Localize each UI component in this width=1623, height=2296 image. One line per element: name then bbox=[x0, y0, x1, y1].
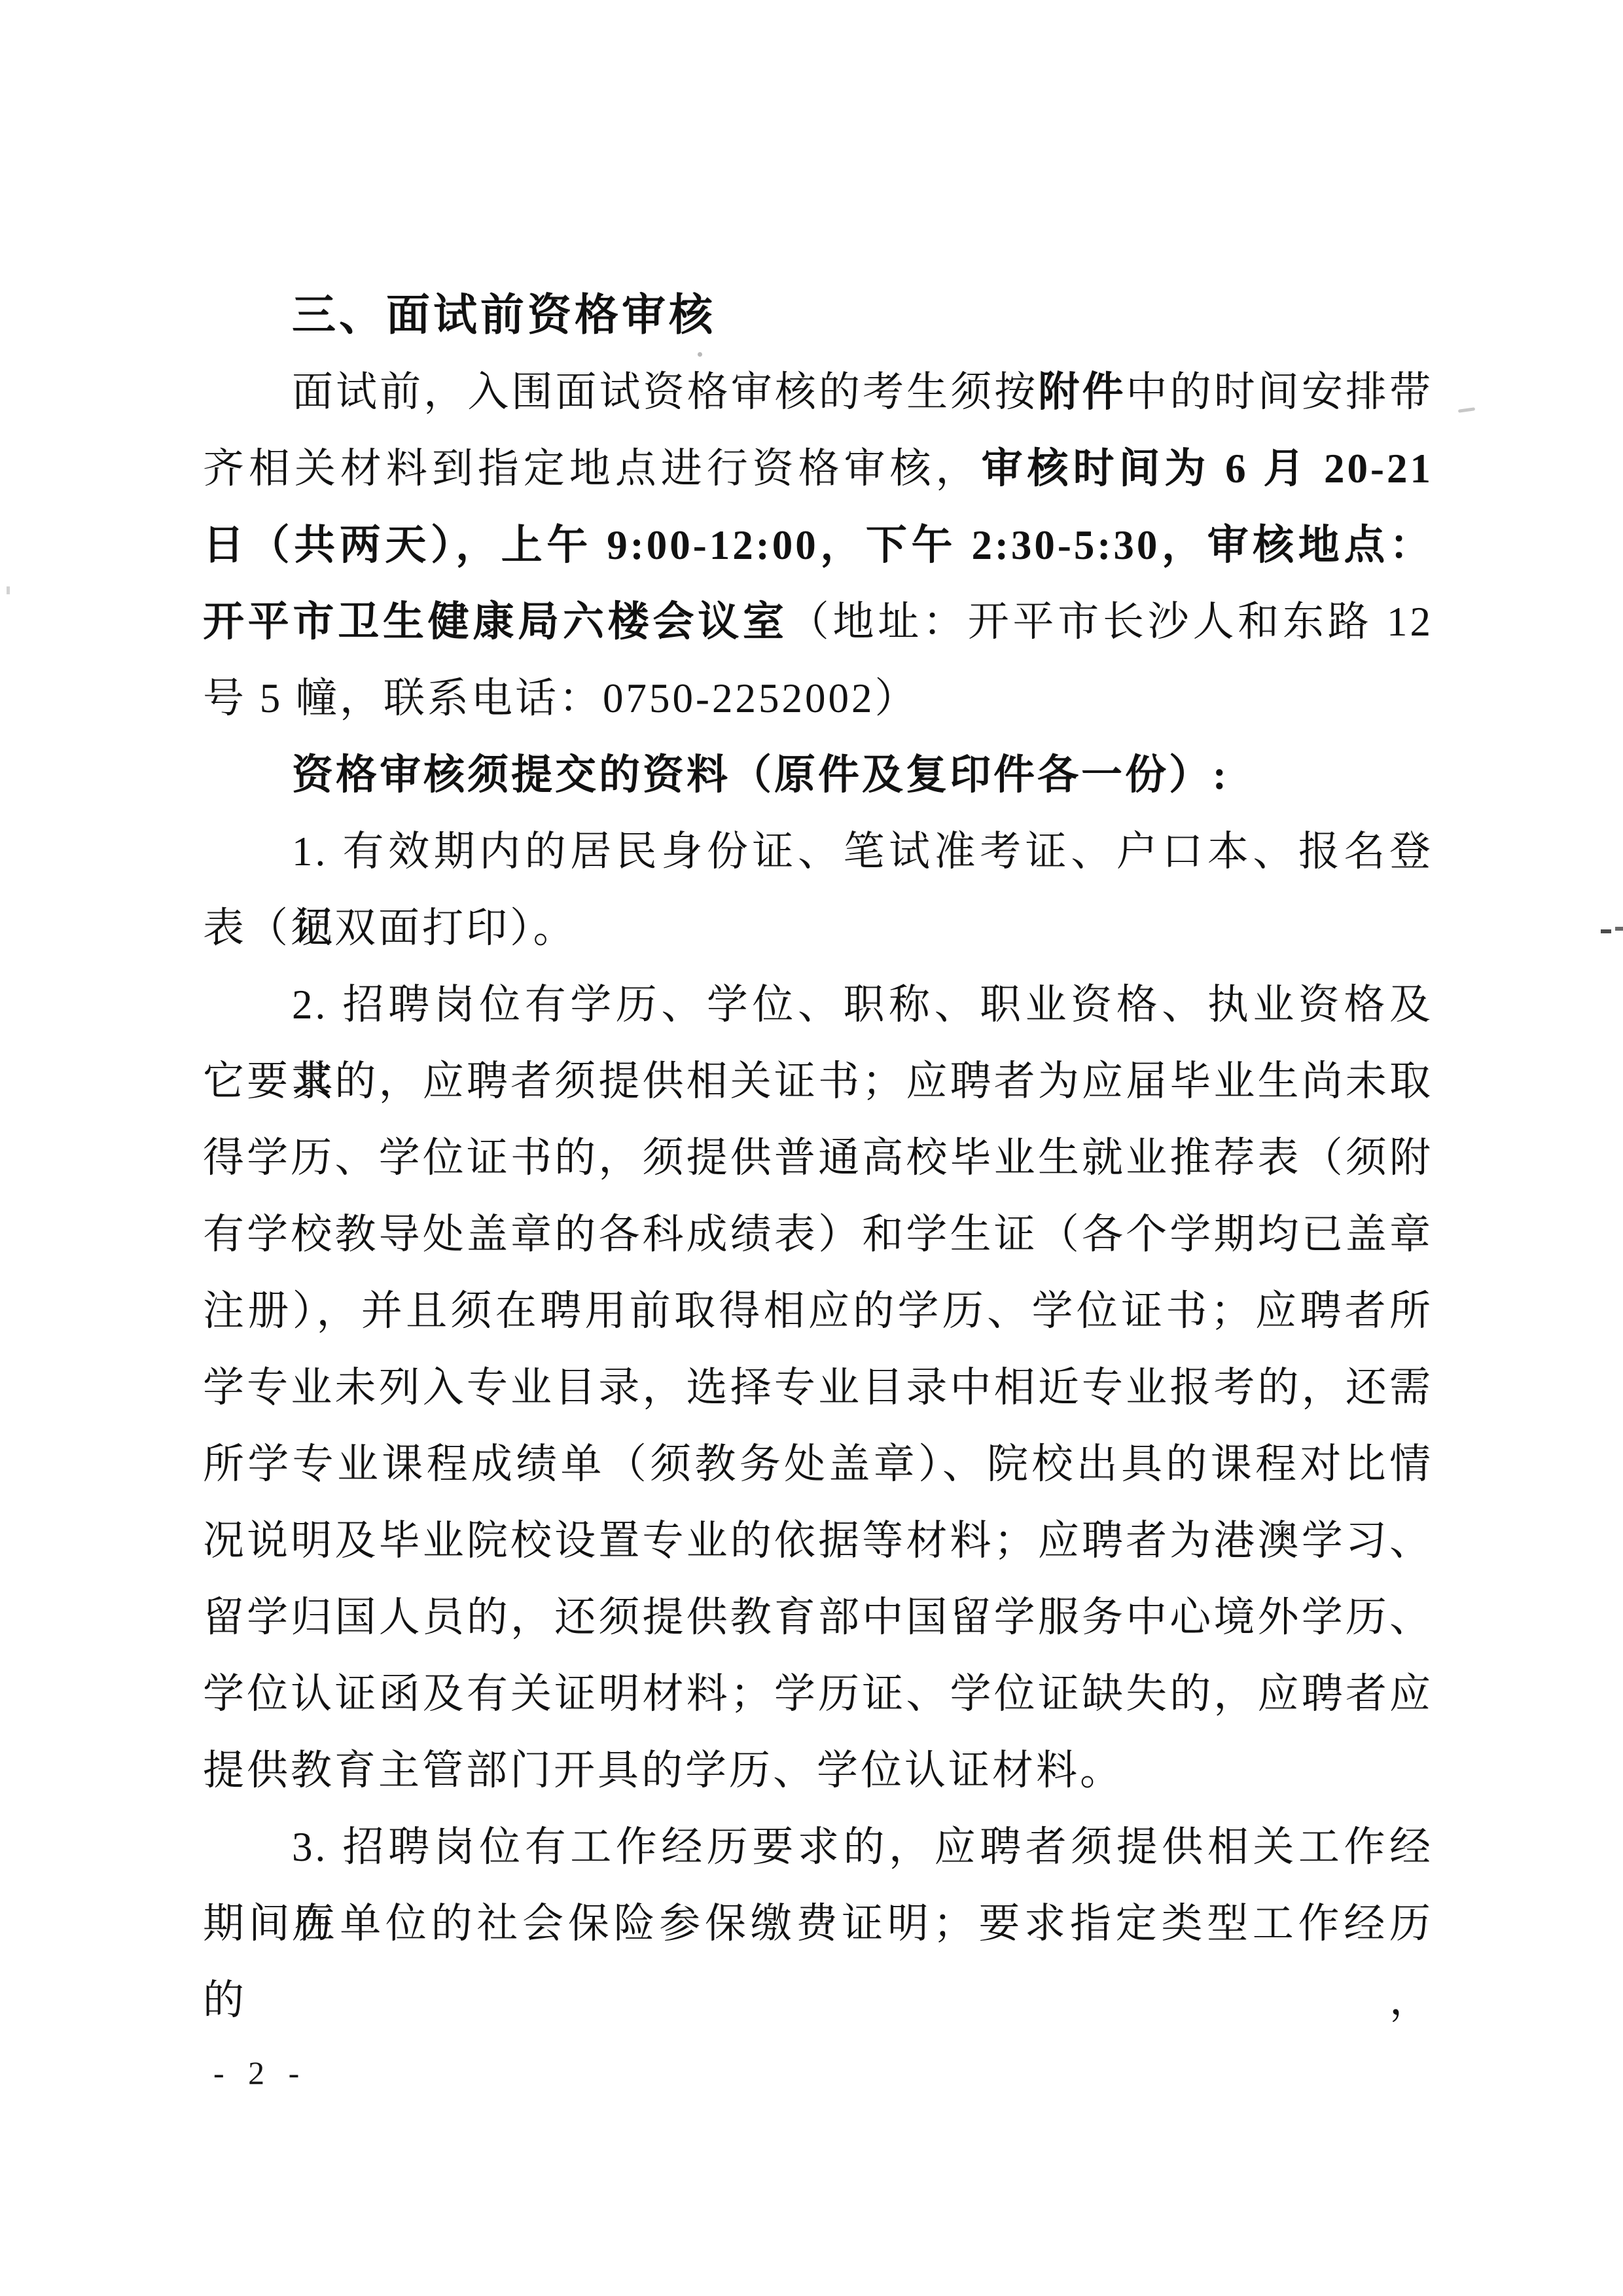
scanned-document-page: 三、面试前资格审核 面试前，入围面试资格审核的考生须按附件中的时间安排带齐相关材… bbox=[0, 0, 1623, 2296]
text-line: 所学专业课程成绩单（须教务处盖章）、院校出具的课程对比情 bbox=[203, 1426, 1433, 1503]
text-run: （地址：开平市长沙人和东路 12 bbox=[788, 599, 1433, 645]
text-run: 齐相关材料到指定地点进行资格审核， bbox=[203, 446, 982, 492]
scan-speck bbox=[1601, 929, 1611, 933]
text-line: 号 5 幢，联系电话：0750-2252002） bbox=[203, 660, 1433, 737]
text-run: 它要求的，应聘者须提供相关证书；应聘者为应届毕业生尚未取 bbox=[203, 1058, 1433, 1104]
section-heading-text: 三、面试前资格审核 bbox=[292, 291, 716, 340]
text-line: 期间在单位的社会保险参保缴费证明；要求指定类型工作经历的， bbox=[203, 1886, 1433, 1962]
text-run: 期间在单位的社会保险参保缴费证明；要求指定类型工作经历的， bbox=[203, 1901, 1433, 2023]
text-line: 学位认证函及有关证明材料；学历证、学位证缺失的，应聘者应 bbox=[203, 1656, 1433, 1732]
text-run: 注册），并且须在聘用前取得相应的学历、学位证书；应聘者所 bbox=[203, 1288, 1433, 1334]
bold-text-run: 日（共两天），上午 9:00-12:00，下午 2:30-5:30，审核地点： bbox=[203, 522, 1433, 568]
text-line: 日（共两天），上午 9:00-12:00，下午 2:30-5:30，审核地点： bbox=[203, 507, 1433, 584]
text-line: 注册），并且须在聘用前取得相应的学历、学位证书；应聘者所 bbox=[203, 1273, 1433, 1350]
text-line: 留学归国人员的，还须提供教育部中国留学服务中心境外学历、 bbox=[203, 1579, 1433, 1656]
bold-text-run: 审核时间为 6 月 20-21 bbox=[982, 446, 1433, 492]
text-line: 2. 招聘岗位有学历、学位、职称、职业资格、执业资格及其 bbox=[203, 967, 1433, 1043]
text-run: 面试前，入围面试资格审核的考生须按 bbox=[292, 369, 1038, 415]
text-run: 学位认证函及有关证明材料；学历证、学位证缺失的，应聘者应 bbox=[203, 1671, 1433, 1717]
text-line: 提供教育主管部门开具的学历、学位认证材料。 bbox=[203, 1732, 1433, 1809]
text-run: 学专业未列入专业目录，选择专业目录中相近专业报考的，还需 bbox=[203, 1365, 1433, 1410]
bold-text-run: 开平市卫生健康局六楼会议室 bbox=[203, 599, 788, 645]
scan-speck bbox=[1615, 927, 1623, 931]
text-run: 况说明及毕业院校设置专业的依据等材料；应聘者为港澳学习、 bbox=[203, 1518, 1433, 1564]
bold-text-run: 资格审核须提交的资料（原件及复印件各一份）: bbox=[292, 752, 1229, 798]
text-run: 中的时间安排带 bbox=[1126, 369, 1433, 415]
document-body: 面试前，入围面试资格审核的考生须按附件中的时间安排带齐相关材料到指定地点进行资格… bbox=[203, 354, 1433, 1962]
page-number: - 2 - bbox=[213, 2037, 307, 2109]
text-line: 表（须双面打印）。 bbox=[203, 890, 1433, 967]
text-line: 学专业未列入专业目录，选择专业目录中相近专业报考的，还需 bbox=[203, 1350, 1433, 1426]
text-line: 1. 有效期内的居民身份证、笔试准考证、户口本、报名登记 bbox=[203, 814, 1433, 890]
text-run: 所学专业课程成绩单（须教务处盖章）、院校出具的课程对比情 bbox=[203, 1441, 1433, 1487]
text-line: 得学历、学位证书的，须提供普通高校毕业生就业推荐表（须附 bbox=[203, 1120, 1433, 1196]
text-run: 号 5 幢，联系电话：0750-2252002） bbox=[203, 675, 918, 721]
scan-speck bbox=[7, 586, 10, 594]
text-run: 提供教育主管部门开具的学历、学位认证材料。 bbox=[203, 1748, 1124, 1793]
text-line: 况说明及毕业院校设置专业的依据等材料；应聘者为港澳学习、 bbox=[203, 1503, 1433, 1579]
scan-speck bbox=[1458, 407, 1475, 413]
bold-text-run: 附件 bbox=[1038, 369, 1126, 415]
text-line: 有学校教导处盖章的各科成绩表）和学生证（各个学期均已盖章 bbox=[203, 1196, 1433, 1273]
section-heading: 三、面试前资格审核 bbox=[203, 278, 1433, 354]
text-line: 齐相关材料到指定地点进行资格审核，审核时间为 6 月 20-21 bbox=[203, 431, 1433, 507]
text-run: 留学归国人员的，还须提供教育部中国留学服务中心境外学历、 bbox=[203, 1594, 1433, 1640]
text-run: 表（须双面打印）。 bbox=[203, 905, 577, 951]
text-run: 有学校教导处盖章的各科成绩表）和学生证（各个学期均已盖章 bbox=[203, 1211, 1433, 1257]
text-run: 得学历、学位证书的，须提供普通高校毕业生就业推荐表（须附 bbox=[203, 1135, 1433, 1181]
text-line: 它要求的，应聘者须提供相关证书；应聘者为应届毕业生尚未取 bbox=[203, 1043, 1433, 1120]
document-column: 三、面试前资格审核 面试前，入围面试资格审核的考生须按附件中的时间安排带齐相关材… bbox=[203, 278, 1433, 1962]
text-line: 3. 招聘岗位有工作经历要求的，应聘者须提供相关工作经历 bbox=[203, 1809, 1433, 1886]
text-line: 开平市卫生健康局六楼会议室（地址：开平市长沙人和东路 12 bbox=[203, 584, 1433, 660]
text-line: 面试前，入围面试资格审核的考生须按附件中的时间安排带 bbox=[203, 354, 1433, 431]
text-line: 资格审核须提交的资料（原件及复印件各一份）: bbox=[203, 737, 1433, 814]
scan-speck bbox=[698, 352, 702, 357]
